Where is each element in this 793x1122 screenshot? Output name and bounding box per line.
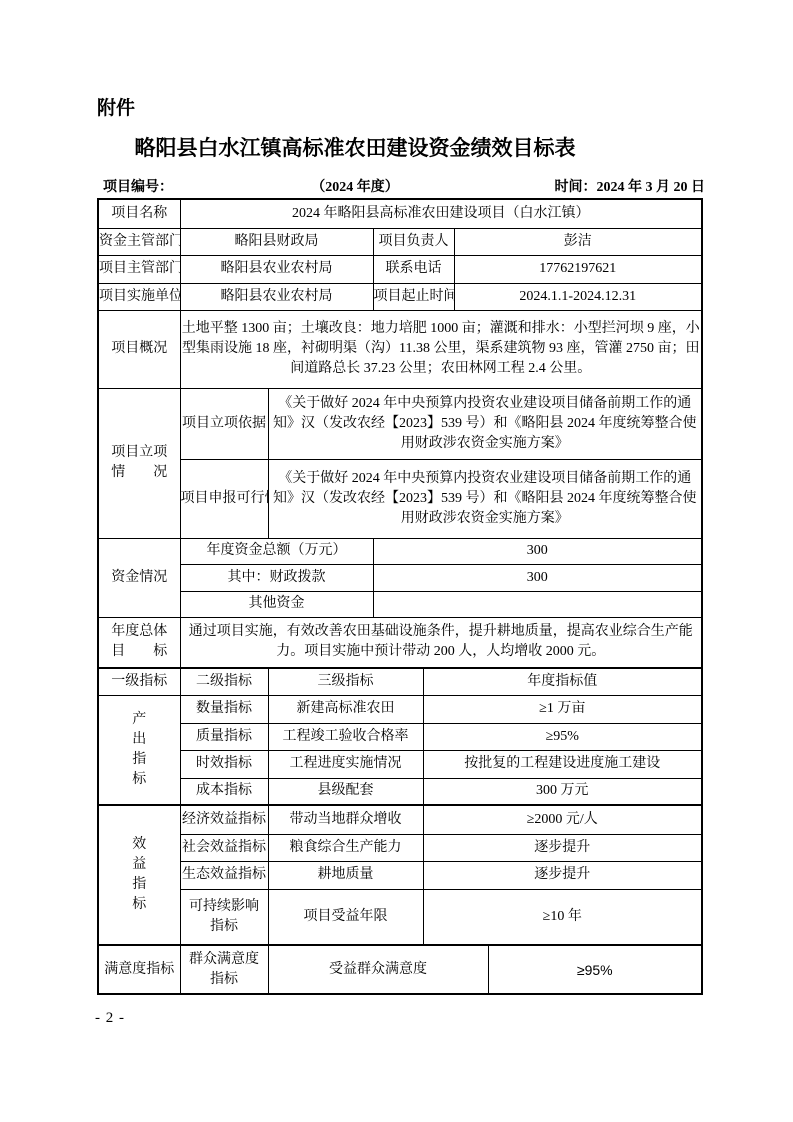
header-level1: 一级指标 bbox=[98, 668, 180, 695]
cell-output-2-value: 按批复的工程建设进度施工建设 bbox=[423, 750, 702, 778]
cell-benefit-3-level3: 项目受益年限 bbox=[268, 889, 423, 945]
cell-benefit-2-level3: 耕地质量 bbox=[268, 861, 423, 889]
cell-output-0-level3: 新建高标准农田 bbox=[268, 695, 423, 723]
cell-funding-other-label: 其他资金 bbox=[180, 591, 373, 617]
cell-benefit-1-value: 逐步提升 bbox=[423, 834, 702, 861]
cell-benefit-3-value: ≥10 年 bbox=[423, 889, 702, 945]
row-output-quality: 质量指标 工程竣工验收合格率 ≥95% bbox=[98, 723, 702, 750]
cell-output-3-level2: 成本指标 bbox=[180, 778, 268, 805]
cell-output-2-level2: 时效指标 bbox=[180, 750, 268, 778]
row-benefit-ecological: 生态效益指标 耕地质量 逐步提升 bbox=[98, 861, 702, 889]
cell-output-0-value: ≥1 万亩 bbox=[423, 695, 702, 723]
row-impl-unit: 项目实施单位 略阳县农业农村局 项目起止时间 2024.1.1-2024.12.… bbox=[98, 283, 702, 310]
cell-output-3-value: 300 万元 bbox=[423, 778, 702, 805]
row-output-timeliness: 时效指标 工程进度实施情况 按批复的工程建设进度施工建设 bbox=[98, 750, 702, 778]
cell-satisfaction-0-level2: 群众满意度 指标 bbox=[180, 945, 268, 994]
cell-benefit-0-level3: 带动当地群众增收 bbox=[268, 805, 423, 834]
row-funding-other: 其他资金 bbox=[98, 591, 702, 617]
meta-row: 项目编号： （2024 年度） 时间：2024 年 3 月 20 日 bbox=[0, 176, 793, 196]
cell-duration-value: 2024.1.1-2024.12.31 bbox=[454, 283, 702, 310]
row-indicator-headers: 一级指标 二级指标 三级指标 年度指标值 bbox=[98, 668, 702, 695]
cell-satisfaction-0-value: ≥95% bbox=[488, 945, 702, 994]
cell-feasibility-value: 《关于做好 2024 年中央预算内投资农业建设项目储备前期工作的通知》汉（发改农… bbox=[268, 459, 702, 538]
cell-annual-goal-value: 通过项目实施，有效改善农田基础设施条件，提升耕地质量，提高农业综合生产能力。项目… bbox=[180, 617, 702, 668]
row-funding-total: 资金情况 年度资金总额（万元） 300 bbox=[98, 538, 702, 564]
cell-project-name-value: 2024 年略阳县高标准农田建设项目（白水江镇） bbox=[180, 199, 702, 228]
cell-funding-fiscal-label: 其中：财政拨款 bbox=[180, 564, 373, 591]
cell-benefit-group-label: 效 益 指 标 bbox=[98, 805, 180, 945]
row-initiation-feasibility: 项目申报可行性 《关于做好 2024 年中央预算内投资农业建设项目储备前期工作的… bbox=[98, 459, 702, 538]
page-title: 略阳县白水江镇高标准农田建设资金绩效目标表 bbox=[0, 133, 710, 165]
document-page: 附件 略阳县白水江镇高标准农田建设资金绩效目标表 项目编号： （2024 年度）… bbox=[0, 0, 793, 1122]
cell-benefit-3-level2: 可持续影响 指标 bbox=[180, 889, 268, 945]
row-overview: 项目概况 土地平整 1300 亩；土壤改良：地力培肥 1000 亩；灌溉和排水：… bbox=[98, 310, 702, 388]
cell-project-dept-value: 略阳县农业农村局 bbox=[180, 255, 373, 283]
cell-output-2-level3: 工程进度实施情况 bbox=[268, 750, 423, 778]
row-initiation-basis: 项目立项 情 况 项目立项依据 《关于做好 2024 年中央预算内投资农业建设项… bbox=[98, 388, 702, 459]
cell-output-1-value: ≥95% bbox=[423, 723, 702, 750]
cell-project-name-label: 项目名称 bbox=[98, 199, 180, 228]
row-funding-fiscal: 其中：财政拨款 300 bbox=[98, 564, 702, 591]
cell-project-leader-label: 项目负责人 bbox=[373, 228, 454, 255]
cell-output-3-level3: 县级配套 bbox=[268, 778, 423, 805]
cell-funding-total-label: 年度资金总额（万元） bbox=[180, 538, 373, 564]
performance-target-table: 项目名称 2024 年略阳县高标准农田建设项目（白水江镇） 资金主管部门 略阳县… bbox=[97, 198, 703, 995]
cell-satisfaction-group-label: 满意度指标 bbox=[98, 945, 180, 994]
row-project-dept: 项目主管部门 略阳县农业农村局 联系电话 17762197621 bbox=[98, 255, 702, 283]
cell-phone-value: 17762197621 bbox=[454, 255, 702, 283]
cell-benefit-0-value: ≥2000 元/人 bbox=[423, 805, 702, 834]
cell-funding-other-value bbox=[373, 591, 702, 617]
row-benefit-economic: 效 益 指 标 经济效益指标 带动当地群众增收 ≥2000 元/人 bbox=[98, 805, 702, 834]
cell-funding-total-value: 300 bbox=[373, 538, 702, 564]
cell-project-dept-label: 项目主管部门 bbox=[98, 255, 180, 283]
row-benefit-sustainability: 可持续影响 指标 项目受益年限 ≥10 年 bbox=[98, 889, 702, 945]
page-number: - 2 - bbox=[95, 1010, 125, 1027]
cell-benefit-1-level3: 粮食综合生产能力 bbox=[268, 834, 423, 861]
cell-phone-label: 联系电话 bbox=[373, 255, 454, 283]
cell-fund-dept-value: 略阳县财政局 bbox=[180, 228, 373, 255]
cell-funding-fiscal-value: 300 bbox=[373, 564, 702, 591]
date-label: 时间：2024 年 3 月 20 日 bbox=[0, 176, 705, 196]
cell-duration-label: 项目起止时间 bbox=[373, 283, 454, 310]
cell-benefit-2-value: 逐步提升 bbox=[423, 861, 702, 889]
row-output-cost: 成本指标 县级配套 300 万元 bbox=[98, 778, 702, 805]
cell-overview-label: 项目概况 bbox=[98, 310, 180, 388]
row-annual-goal: 年度总体 目 标 通过项目实施，有效改善农田基础设施条件，提升耕地质量，提高农业… bbox=[98, 617, 702, 668]
header-level2: 二级指标 bbox=[180, 668, 268, 695]
cell-project-leader-value: 彭洁 bbox=[454, 228, 702, 255]
cell-output-0-level2: 数量指标 bbox=[180, 695, 268, 723]
attachment-label: 附件 bbox=[97, 97, 135, 121]
cell-initiation-group-label: 项目立项 情 况 bbox=[98, 388, 180, 538]
row-fund-dept: 资金主管部门 略阳县财政局 项目负责人 彭洁 bbox=[98, 228, 702, 255]
cell-overview-value: 土地平整 1300 亩；土壤改良：地力培肥 1000 亩；灌溉和排水：小型拦河坝… bbox=[180, 310, 702, 388]
cell-impl-unit-value: 略阳县农业农村局 bbox=[180, 283, 373, 310]
cell-output-1-level2: 质量指标 bbox=[180, 723, 268, 750]
row-satisfaction: 满意度指标 群众满意度 指标 受益群众满意度 ≥95% bbox=[98, 945, 702, 994]
header-annual-value: 年度指标值 bbox=[423, 668, 702, 695]
cell-impl-unit-label: 项目实施单位 bbox=[98, 283, 180, 310]
cell-benefit-2-level2: 生态效益指标 bbox=[180, 861, 268, 889]
cell-benefit-0-level2: 经济效益指标 bbox=[180, 805, 268, 834]
cell-output-group-label: 产 出 指 标 bbox=[98, 695, 180, 805]
cell-funding-group-label: 资金情况 bbox=[98, 538, 180, 617]
row-project-name: 项目名称 2024 年略阳县高标准农田建设项目（白水江镇） bbox=[98, 199, 702, 228]
cell-satisfaction-0-level3: 受益群众满意度 bbox=[268, 945, 488, 994]
cell-feasibility-label: 项目申报可行性 bbox=[180, 459, 268, 538]
row-benefit-social: 社会效益指标 粮食综合生产能力 逐步提升 bbox=[98, 834, 702, 861]
cell-fund-dept-label: 资金主管部门 bbox=[98, 228, 180, 255]
row-output-quantity: 产 出 指 标 数量指标 新建高标准农田 ≥1 万亩 bbox=[98, 695, 702, 723]
cell-annual-goal-label: 年度总体 目 标 bbox=[98, 617, 180, 668]
cell-output-1-level3: 工程竣工验收合格率 bbox=[268, 723, 423, 750]
cell-initiation-basis-value: 《关于做好 2024 年中央预算内投资农业建设项目储备前期工作的通知》汉（发改农… bbox=[268, 388, 702, 459]
cell-benefit-1-level2: 社会效益指标 bbox=[180, 834, 268, 861]
header-level3: 三级指标 bbox=[268, 668, 423, 695]
cell-initiation-basis-label: 项目立项依据 bbox=[180, 388, 268, 459]
